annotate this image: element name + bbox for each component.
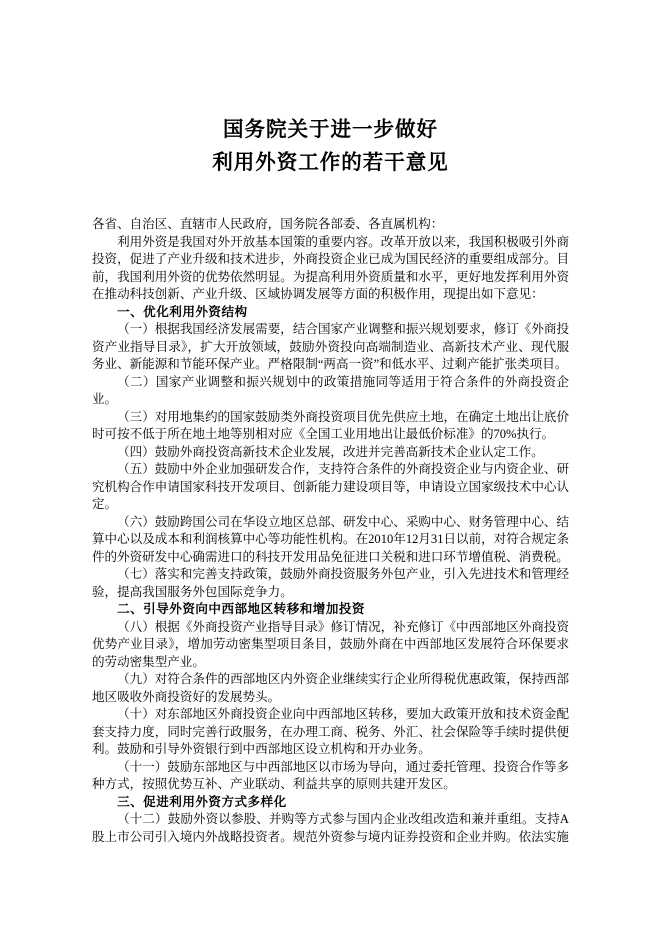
salutation-line: 各省、自治区、直辖市人民政府，国务院各部委、各直属机构： [92,216,569,234]
paragraph-item-10: （十）对东部地区外商投资企业向中西部地区转移，要加大政策开放和技术资金配套支持力… [92,706,569,759]
paragraph-item-5: （五）鼓励中外企业加强研发合作，支持符合条件的外商投资企业与内资企业、研究机构合… [92,461,569,514]
document-title-line-2: 利用外资工作的若干意见 [92,147,569,180]
paragraph-item-6: （六）鼓励跨国公司在华设立地区总部、研发中心、采购中心、财务管理中心、结算中心以… [92,514,569,567]
paragraph-item-9: （九）对符合条件的西部地区内外资企业继续实行企业所得税优惠政策，保持西部地区吸收… [92,671,569,706]
document-page: 国务院关于进一步做好 利用外资工作的若干意见 各省、自治区、直辖市人民政府，国务… [0,0,661,935]
section-heading-2: 二、引导外资向中西部地区转移和增加投资 [92,601,569,619]
section-heading-1: 一、优化利用外资结构 [92,304,569,322]
paragraph-item-1: （一）根据我国经济发展需要，结合国家产业调整和振兴规划要求，修订《外商投资产业指… [92,321,569,374]
paragraph-item-2: （二）国家产业调整和振兴规划中的政策措施同等适用于符合条件的外商投资企业。 [92,374,569,409]
paragraph-item-3: （三）对用地集约的国家鼓励类外商投资项目优先供应土地，在确定土地出让底价时可按不… [92,409,569,444]
section-heading-3: 三、促进利用外资方式多样化 [92,794,569,812]
paragraph-item-12: （十二）鼓励外资以参股、并购等方式参与国内企业改组改造和兼并重组。支持A股上市公… [92,811,569,846]
document-body: 各省、自治区、直辖市人民政府，国务院各部委、各直属机构： 利用外资是我国对外开放… [92,216,569,846]
document-title-line-1: 国务院关于进一步做好 [92,114,569,147]
paragraph-item-4: （四）鼓励外商投资高新技术企业发展，改进并完善高新技术企业认定工作。 [92,444,569,462]
document-title: 国务院关于进一步做好 利用外资工作的若干意见 [92,114,569,180]
paragraph-item-11: （十一）鼓励东部地区与中西部地区以市场为导向，通过委托管理、投资合作等多种方式，… [92,759,569,794]
paragraph-item-7: （七）落实和完善支持政策，鼓励外商投资服务外包产业，引入先进技术和管理经验，提高… [92,566,569,601]
paragraph-intro: 利用外资是我国对外开放基本国策的重要内容。改革开放以来，我国积极吸引外商投资，促… [92,234,569,304]
paragraph-item-8: （八）根据《外商投资产业指导目录》修订情况，补充修订《中西部地区外商投资优势产业… [92,619,569,672]
